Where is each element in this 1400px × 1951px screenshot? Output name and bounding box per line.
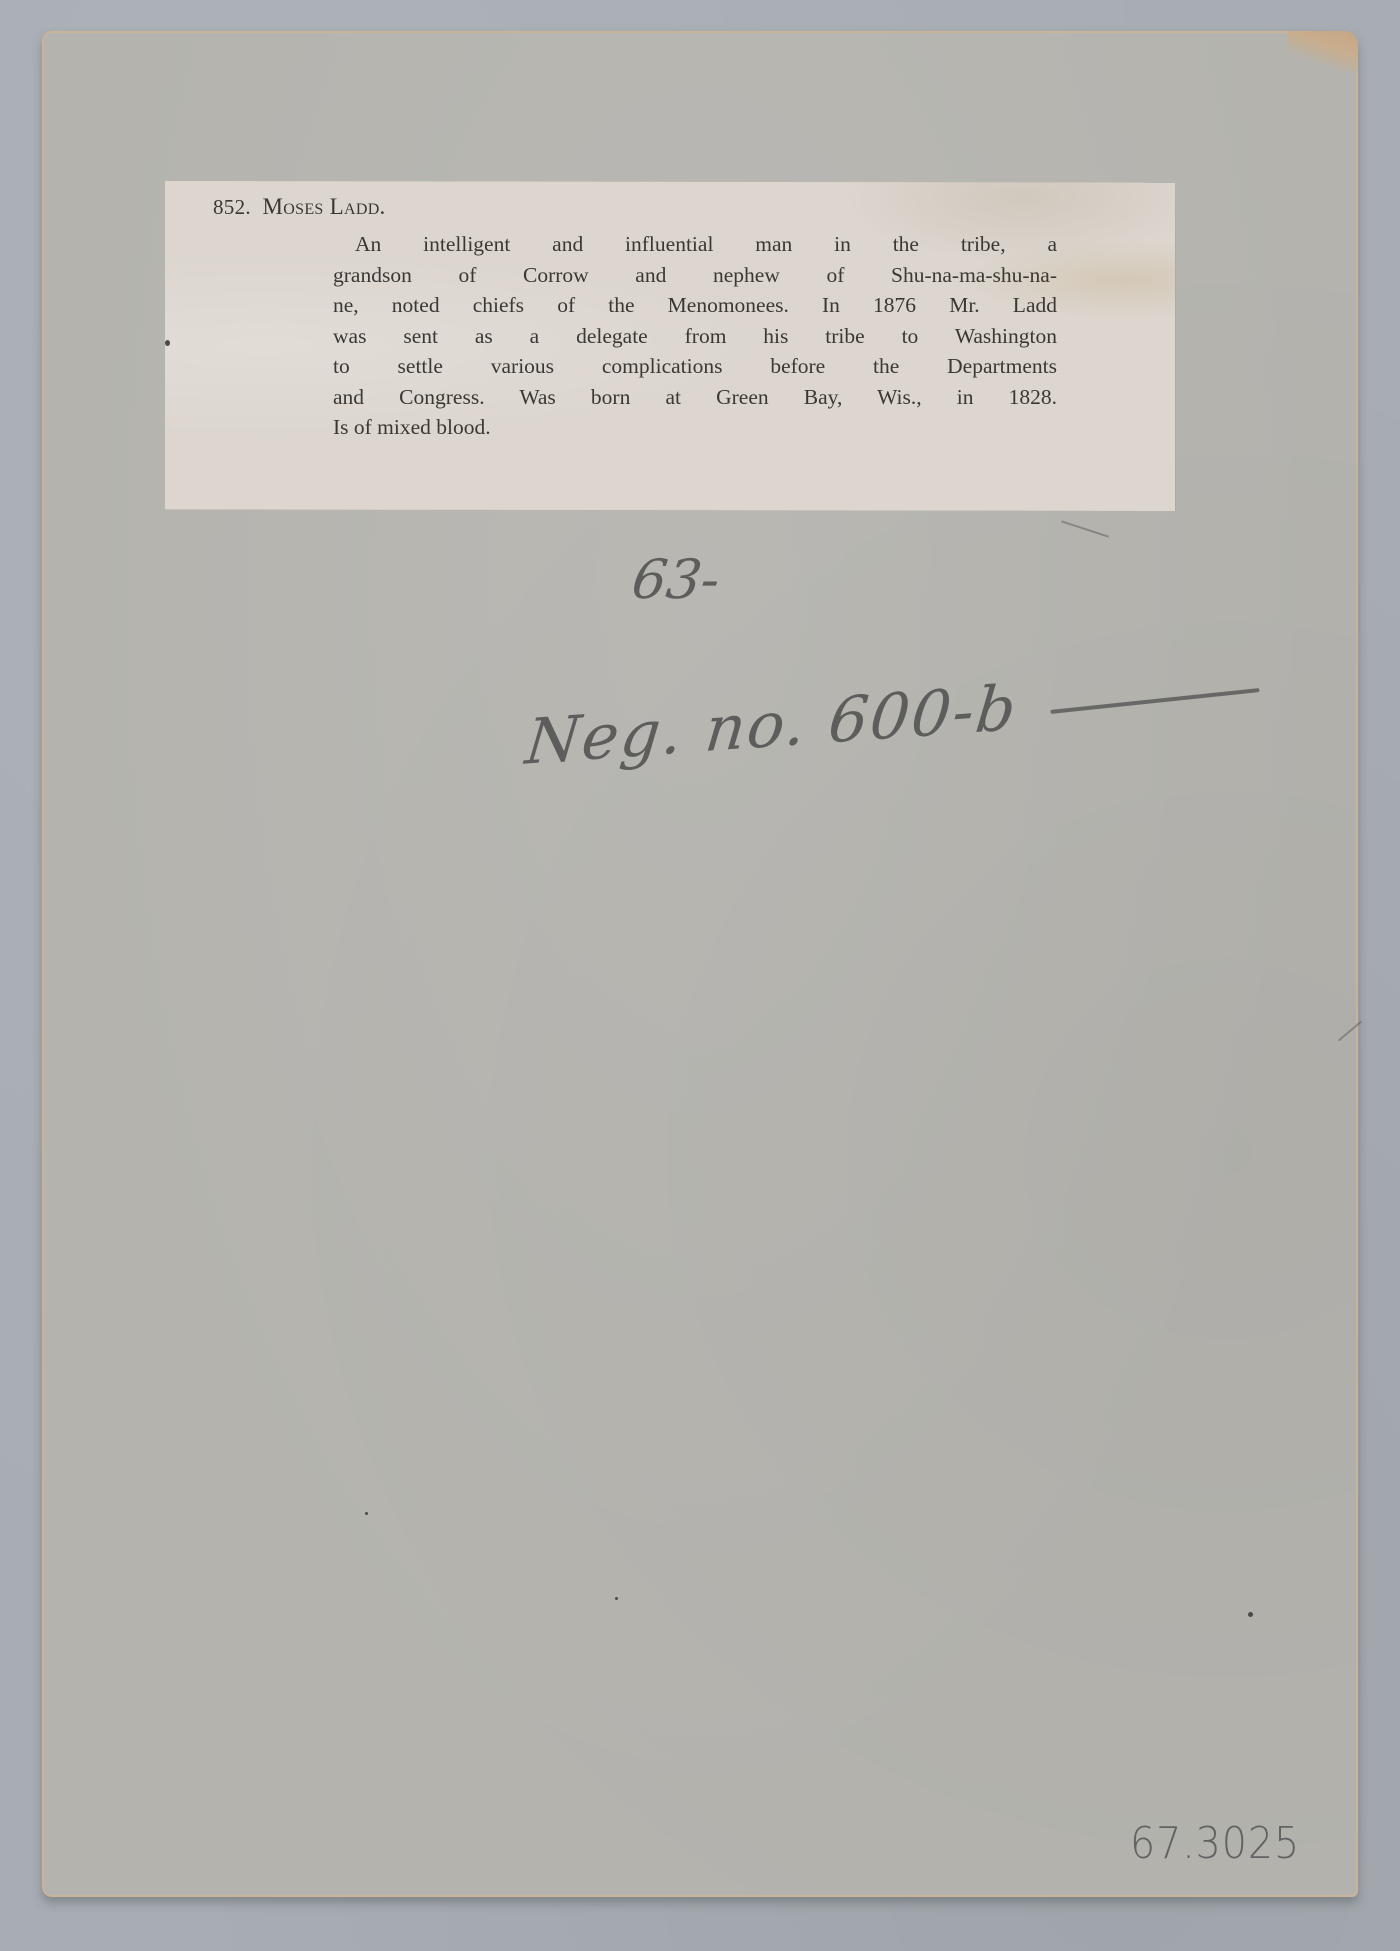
caption-line: An intelligent and influential man in th…: [333, 229, 1057, 260]
caption-heading: 852. Moses Ladd.: [213, 194, 386, 220]
ink-speck: [1248, 1612, 1253, 1617]
caption-number: 852.: [213, 195, 251, 219]
caption-line: to settle various complications before t…: [333, 351, 1057, 382]
caption-line: ne, noted chiefs of the Menomonees. In 1…: [333, 290, 1057, 321]
ink-speck: [615, 1597, 618, 1600]
ink-speck: [165, 340, 170, 346]
caption-line: grandson of Corrow and nephew of Shu-na-…: [333, 260, 1057, 291]
caption-line: Is of mixed blood.: [333, 412, 1057, 443]
caption-body: An intelligent and influential man in th…: [333, 229, 1057, 443]
printed-caption-label: 852. Moses Ladd. An intelligent and infl…: [165, 181, 1175, 511]
handwritten-catalog-number: 67.3025: [1130, 1818, 1300, 1869]
ink-speck: [365, 1512, 368, 1515]
handwritten-number: 63-: [628, 548, 724, 611]
caption-name: Moses Ladd.: [263, 194, 386, 219]
caption-line: and Congress. Was born at Green Bay, Wis…: [333, 382, 1057, 413]
worn-corner: [1288, 31, 1358, 71]
caption-line: was sent as a delegate from his tribe to…: [333, 321, 1057, 352]
